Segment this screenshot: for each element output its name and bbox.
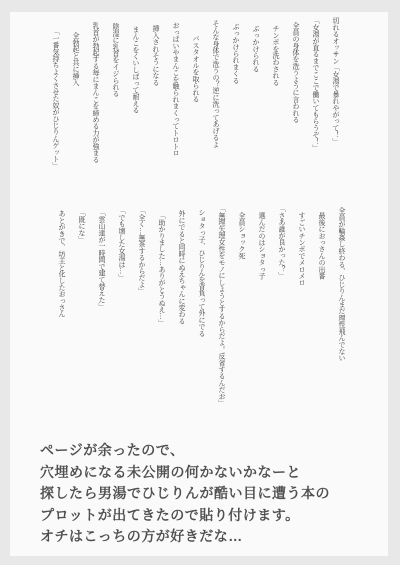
- plot-line: 「助かりました…ありがとうぬえ…」: [152, 202, 172, 432]
- plot-line: 選んだのはショタっ子: [252, 202, 272, 432]
- plot-block-bottom: 全員が輪姦し終わる、ひじりんまだ理性飛んでない 最後におっさんの出番 すごいチン…: [52, 202, 352, 432]
- plot-line: 乳首が勃起する毎にまんこを締める力が強まる: [86, 14, 106, 224]
- plot-line: 「既にな」: [72, 202, 92, 432]
- plot-line: チンポを洗わされる: [266, 14, 286, 224]
- afterword: ページが余ったので、 穴埋めになる未公開の何かないかなーと 探したら男湯でひじり…: [40, 440, 330, 548]
- plot-line: ショタっ子、ひじりんを背負って外にでる: [192, 202, 212, 432]
- plot-line: まんこをくいしばって耐える: [126, 14, 146, 224]
- plot-line: 外にでると同時にぬえちゃんに変わる: [172, 202, 192, 432]
- afterword-line: オチはこっちの方が好きだな…: [40, 526, 330, 548]
- plot-line: 「無理矢理女性をモノにしようとするからだよ。反省するんだお」: [212, 202, 232, 432]
- plot-block-top: 切れるオッサン「女湯で暴れやがって！」 「女湯が直るまでここで働いてもらうぞ！」…: [46, 14, 346, 224]
- plot-line: 切れるオッサン「女湯で暴れやがって！」: [326, 14, 346, 224]
- afterword-line: 穴埋めになる未公開の何かないかなーと: [40, 462, 330, 484]
- afterword-line: ページが余ったので、: [40, 440, 330, 462]
- plot-line: 「全く…無茶するからだよ」: [132, 202, 152, 432]
- plot-line: 「でも壊した女湯は…」: [112, 202, 132, 432]
- plot-line: ぶっかけられまくる: [226, 14, 246, 224]
- plot-line: 「さあ誰が良かった？」: [272, 202, 292, 432]
- plot-line: 全員が輪姦し終わる、ひじりんまだ理性飛んでない: [332, 202, 352, 432]
- plot-line: 全員ショック死: [232, 202, 252, 432]
- manuscript-page: 切れるオッサン「女湯で暴れやがって！」 「女湯が直るまでここで働いてもらうぞ！」…: [10, 12, 388, 556]
- plot-line: 陰湿に乳首をイジられる: [106, 14, 126, 224]
- plot-line: バスタオルを取られる: [186, 14, 206, 224]
- afterword-line: 探したら男湯でひじりんが酷い目に遭う本の: [40, 483, 330, 505]
- plot-line: 最後におっさんの出番: [312, 202, 332, 432]
- afterword-line: プロットが出てきたので貼り付けます。: [40, 505, 330, 527]
- plot-line: 「一番気持ちよくさせた奴がひじりんゲット」: [46, 14, 66, 224]
- plot-line: あとがきで、坊主と化したおっさん: [52, 202, 72, 432]
- plot-line: おっぱいやまんこを触られまくってトロトロ: [166, 14, 186, 224]
- plot-line: 全勃起と共に挿入: [66, 14, 86, 224]
- plot-line: 挿入されそうになる: [146, 14, 166, 224]
- plot-line: ぶっかけられる: [246, 14, 266, 224]
- screenshot-canvas: { "colors": { "backdrop": "#e8e8e8", "pa…: [0, 0, 400, 565]
- plot-line: 全員の身体を洗うように言われる: [286, 14, 306, 224]
- plot-line: 「女湯が直るまでここで働いてもらうぞ！」: [306, 14, 326, 224]
- plot-line: 「雲山達が一時間で建て替えた」: [92, 202, 112, 432]
- plot-line: すごいチンポでメロメロ: [292, 202, 312, 432]
- plot-line: そんな身体で洗うの？逆に洗ってあげるよ: [206, 14, 226, 224]
